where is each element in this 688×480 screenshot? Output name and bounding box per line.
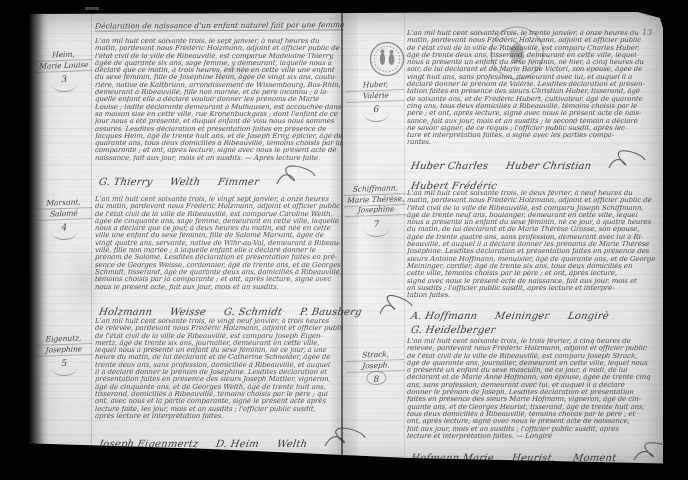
signature: Meininger — [494, 311, 550, 322]
manuscript-line: âgée de trente quatre ans, sans professi… — [407, 234, 655, 241]
manuscript-line: rière, native de Kaltbrunn, arrondisseme… — [95, 82, 343, 89]
manuscript-line: âgé de cinquante ans, et de Georges Welt… — [95, 384, 343, 391]
signature: Holzmann — [98, 307, 153, 318]
entry-number: 7 — [345, 218, 407, 230]
manuscript-line: cette ville, témoins choisis par le père… — [407, 270, 655, 277]
register-page-scan: 13 Déclaration de naissance d'un enfant … — [29, 12, 663, 468]
manuscript-line: matin, pardevant nous Frédéric Holzmann,… — [407, 197, 655, 204]
manuscript-line: Marie Louise — [35, 59, 94, 72]
manuscript-line: Josephine — [35, 343, 94, 356]
revenue-stamp-two-figures-icon — [369, 41, 405, 77]
manuscript-line: de soixante ans, et de Frédéric Hubert, … — [407, 96, 655, 103]
manuscript-line: quante ans, et de Georges Heurist, tisse… — [407, 404, 655, 411]
signature: G. Heidelberger — [410, 325, 496, 336]
manuscript-line: vingt huit ans, sans profession, demeura… — [407, 74, 655, 81]
manuscript-line: signé avec nous le présent acte de naiss… — [407, 278, 655, 285]
manuscript-line: rantes. — [407, 139, 655, 146]
act-entry-eigenutz: L'an mil huit cent soixante trois, le vi… — [95, 318, 343, 420]
signature-row: G. ThierryWelthFimmer — [99, 164, 317, 188]
signature-row: Joseph EigenmertzD. HeimWelth — [99, 426, 367, 450]
page-header-title: Déclaration de naissance d'un enfant nat… — [95, 20, 345, 31]
signature-row: G. Heidelberger — [411, 320, 496, 336]
margin-note-strack: Strack,Joseph. 8 — [346, 349, 405, 386]
manuscript-line: Joséphine. Lesdites déclaration et prése… — [407, 248, 655, 255]
manuscript-line: trente deux ans, sans profession, domici… — [95, 362, 343, 369]
manuscript-line: sance, fait aux jour, mois et an susdits… — [407, 118, 655, 125]
margin-note-heim: Heim,Marie Louise 3 — [34, 49, 93, 93]
manuscript-line: présentation faites en présence des sieu… — [95, 376, 343, 383]
manuscript-line: tation faites en présence des sieurs Chr… — [407, 88, 655, 95]
manuscript-line: jour nous a été présenté, et duquel enfa… — [95, 118, 343, 125]
manuscript-line: sieurs Antoine Hoffmann, menuisier, âgé … — [407, 256, 655, 263]
entry-number: 3 — [35, 74, 93, 86]
margin-note-eigenutz: Eigenutz,Josephine 5 — [34, 333, 93, 377]
scanned-register-view: 13 Déclaration de naissance d'un enfant … — [0, 0, 688, 480]
signature: G. Thierry — [98, 177, 153, 188]
manuscript-line: père ; et ont, après lecture, signé avec… — [407, 110, 655, 117]
manuscript-line: relevée, pardevant nous Frédéric Holzman… — [407, 345, 655, 352]
manuscript-line: de l'état civil de la ville de Ribeauvil… — [407, 45, 655, 52]
margin-note-marxant: Marxant,Salomé 4 — [34, 197, 93, 241]
manuscript-line: lecture et interprétation faites. — Long… — [407, 433, 655, 440]
entry-number: 8 — [347, 374, 405, 386]
act-entry-schiffmann: L'an mil huit cent soixante trois, le de… — [407, 190, 655, 299]
signature-flourish-icon — [275, 164, 317, 188]
manuscript-line: assurés. Lesdites déclaration et présent… — [95, 126, 343, 133]
manuscript-line: Josephine — [345, 204, 408, 217]
entry-number: 5 — [35, 358, 93, 370]
manuscript-line: ont, avec nous et la partie comparante, … — [95, 398, 343, 405]
margin-note-schiffmann: Schiffmann,Marie Thérèse,Josephine 7 — [344, 183, 408, 238]
manuscript-line: naissance, fait aux jour, mois et an sus… — [95, 155, 343, 162]
signature: Longirè — [567, 311, 610, 322]
signature-flourish-icon — [323, 426, 367, 450]
manuscript-line: de l'état civil de la ville de Ribeauvil… — [407, 353, 655, 360]
act-entry-marxant: L'an mil huit cent soixante trois, le vi… — [95, 196, 343, 291]
manuscript-line: ville une enfant du sexe féminin, fille … — [95, 232, 343, 239]
manuscript-line: matin, pardevant nous Frédéric Holzmann,… — [95, 45, 343, 52]
manuscript-line: quelle enfant elle a déclaré vouloir don… — [95, 96, 343, 103]
signature-row: Hubert Frédéric — [411, 172, 497, 192]
act-entry-heim: L'an mil huit cent soixante trois, le se… — [95, 38, 343, 162]
margin-note-huber: Huber,Valérie 6 — [346, 79, 405, 123]
manuscript-line: heure du matin, de lui déclarant et de C… — [95, 354, 343, 361]
manuscript-line: comparante ; et ont, après lecture, sign… — [95, 147, 343, 154]
signature: G. Schmidt — [223, 307, 283, 318]
signature-row: HolzmannWeisseG. SchmidtP. Bausberg — [99, 294, 414, 318]
scan-artifact — [85, 7, 99, 10]
act-entry-huber: L'an mil huit cent soixante trois, le tr… — [407, 30, 655, 147]
manuscript-line: du matin, pardevant nous Frédéric Holzma… — [95, 203, 343, 210]
signature: Moment — [572, 453, 617, 464]
manuscript-line: de l'état civil de la ville de Ribeauvil… — [95, 333, 343, 340]
signature: P. Bausberg — [299, 307, 363, 318]
signature-flourish-icon — [607, 150, 647, 172]
manuscript-line: témoins choisis par la comparante ; et o… — [95, 276, 343, 283]
manuscript-line: de relevée, pardevant nous Frédéric Holz… — [95, 325, 343, 332]
manuscript-line: vingt quatre ans, servante, native de Wi… — [95, 240, 343, 247]
entry-number: 4 — [35, 222, 93, 234]
signature: Fimmer — [218, 177, 261, 188]
signature: Huber Christian — [505, 161, 592, 172]
manuscript-line: faites en présence des sieurs Marie Hofm… — [407, 396, 655, 403]
manuscript-line: après lecture et interprétation faites. — [95, 413, 343, 420]
manuscript-line: de l'état civil de la ville de Ribeauvil… — [95, 211, 343, 218]
signature-row: Hofmann MarieHeurist,Moment — [411, 442, 678, 464]
signature: Welth — [169, 177, 201, 188]
manuscript-line: ans, sans profession, demeurant avec lui… — [407, 382, 655, 389]
manuscript-line: du matin, de lui déclarant et de Marie T… — [407, 226, 655, 233]
manuscript-line: Louise ; ladite déclarante demeurant à M… — [95, 104, 343, 111]
act-entry-strack: L'an mil huit cent soixante trois, le tr… — [407, 338, 655, 440]
manuscript-line: ont, après lecture, signé avec nous le p… — [407, 418, 655, 425]
signature-flourish-icon — [632, 442, 678, 464]
manuscript-line: Salomé — [35, 207, 94, 220]
signature: Welth — [276, 439, 308, 450]
signature: Heurist, — [511, 453, 556, 464]
signature: Hofmann Marie — [410, 453, 495, 464]
entry-number: 6 — [347, 104, 405, 116]
manuscript-line: tation faites. — [407, 292, 655, 299]
manuscript-line: Valérie — [347, 89, 406, 102]
signature: D. Heim — [215, 439, 260, 450]
manuscript-line: déclarant et de Marie Anne Hofmann, son … — [407, 374, 655, 381]
manuscript-line: prénom de Salomé. Lesdites déclaration e… — [95, 254, 343, 261]
signature-row: Huber CharlesHuber Christian — [411, 150, 647, 172]
manuscript-line: sence de Georges Weisse, cordonnier, âgé… — [95, 262, 343, 269]
signature: Joseph Eigenmertz — [98, 439, 199, 450]
signature: Huber Charles — [410, 161, 489, 172]
manuscript-line: soir, de lui déclarant et de Marie Barbe… — [407, 66, 655, 73]
manuscript-line: matin, pardevant nous Frédéric Holzmann,… — [407, 37, 655, 44]
manuscript-line: Joseph. — [347, 359, 406, 372]
manuscript-line: lecture faite, les jour, mois et an susd… — [95, 406, 343, 413]
signature: Weisse — [169, 307, 207, 318]
manuscript-line: fait aux jour, mois et an susdits ; l'of… — [407, 426, 655, 433]
manuscript-line: l'état civil de la ville de Ribeauvillé,… — [95, 53, 343, 60]
manuscript-line: l'état civil de la ville de Ribeauvillé,… — [407, 205, 655, 212]
manuscript-line: nous le présent acte, fait aux jour, moi… — [95, 284, 343, 291]
manuscript-line: du sexe féminin, fille de Joséphine Heim… — [95, 74, 343, 81]
